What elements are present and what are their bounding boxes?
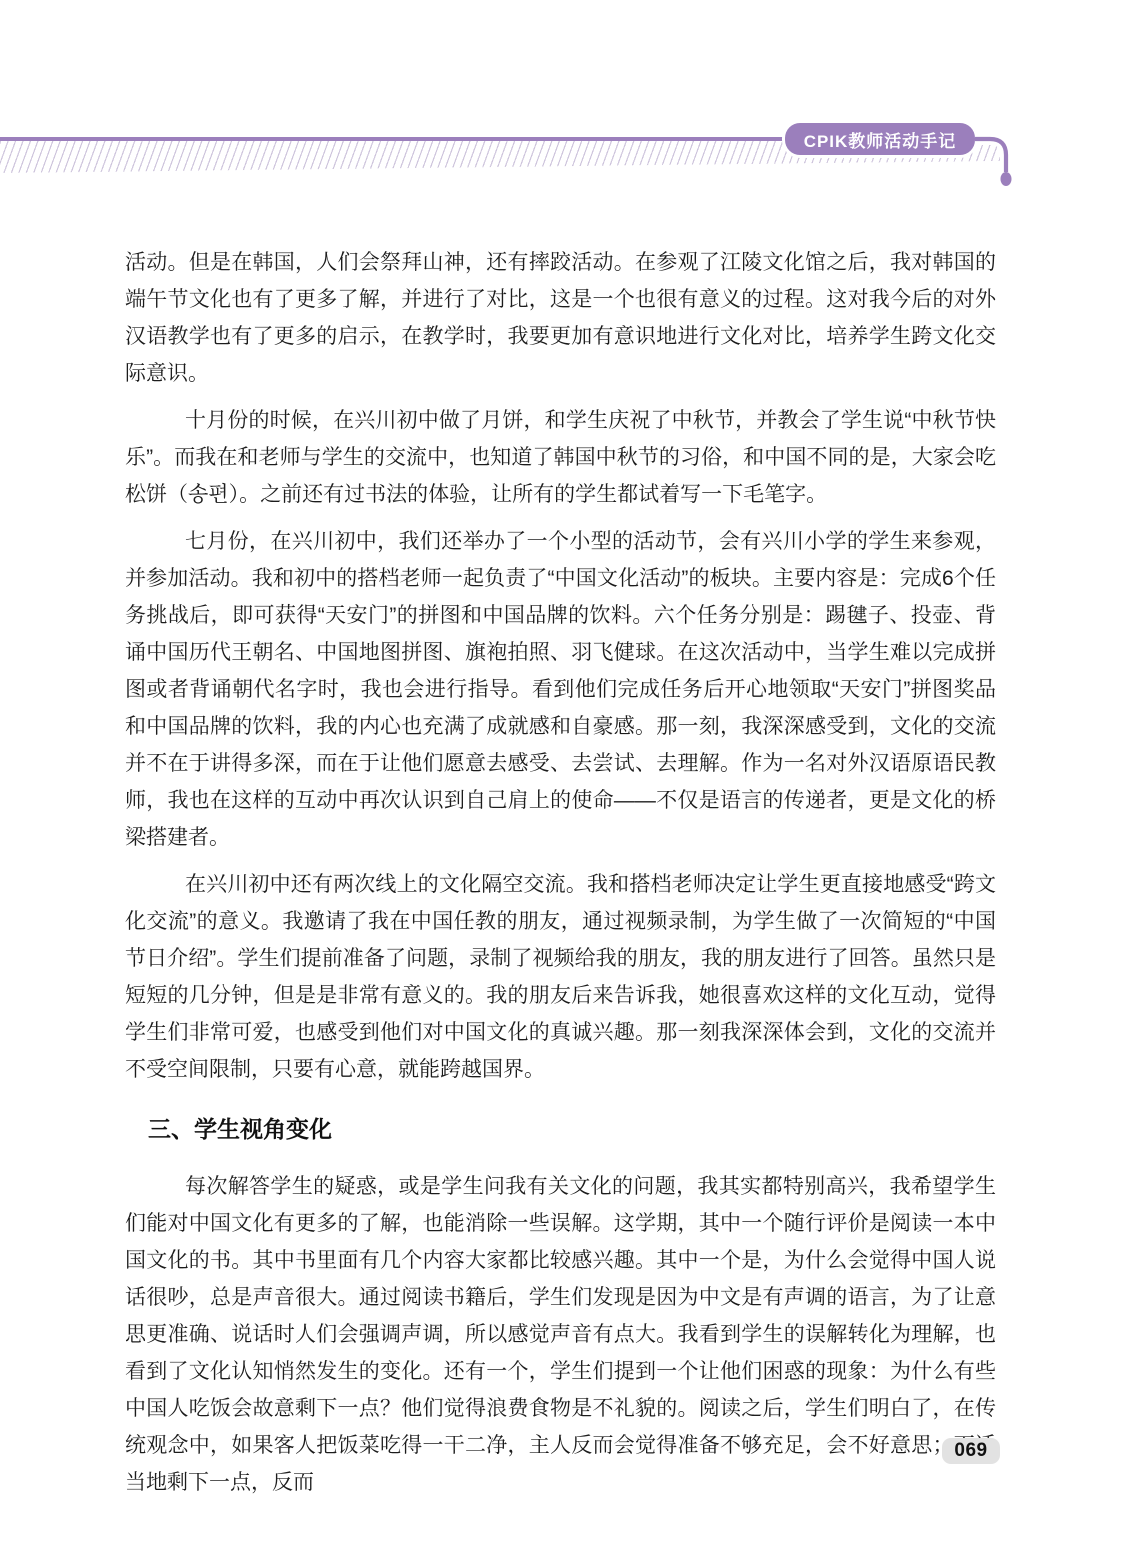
paragraph: 在兴川初中还有两次线上的文化隔空交流。我和搭档老师决定让学生更直接地感受“跨文化… — [125, 866, 996, 1088]
curve-end-dot — [1001, 172, 1012, 186]
page-body: 活动。但是在韩国，人们会祭拜山神，还有摔跤活动。在参观了江陵文化馆之后，我对韩国… — [125, 244, 996, 1511]
header-rule-line — [0, 137, 800, 141]
page-number-badge: 069 — [942, 1438, 1000, 1464]
paragraph: 每次解答学生的疑惑，或是学生问我有关文化的问题，我其实都特别高兴，我希望学生们能… — [125, 1168, 996, 1501]
paragraph: 活动。但是在韩国，人们会祭拜山神，还有摔跤活动。在参观了江陵文化馆之后，我对韩国… — [125, 244, 996, 392]
paragraph: 十月份的时候，在兴川初中做了月饼，和学生庆祝了中秋节，并教会了学生说“中秋节快乐… — [125, 402, 996, 513]
paragraph: 七月份，在兴川初中，我们还举办了一个小型的活动节，会有兴川小学的学生来参观，并参… — [125, 523, 996, 856]
book-page: CPIK教师活动手记 活动。但是在韩国，人们会祭拜山神，还有摔跤活动。在参观了江… — [0, 0, 1146, 1555]
header-section-badge: CPIK教师活动手记 — [785, 123, 975, 155]
section-heading: 三、学生视角变化 — [125, 1113, 996, 1145]
page-number: 069 — [954, 1440, 987, 1462]
header-badge-label: CPIK教师活动手记 — [804, 127, 957, 152]
header-curve-decoration — [960, 120, 1030, 200]
